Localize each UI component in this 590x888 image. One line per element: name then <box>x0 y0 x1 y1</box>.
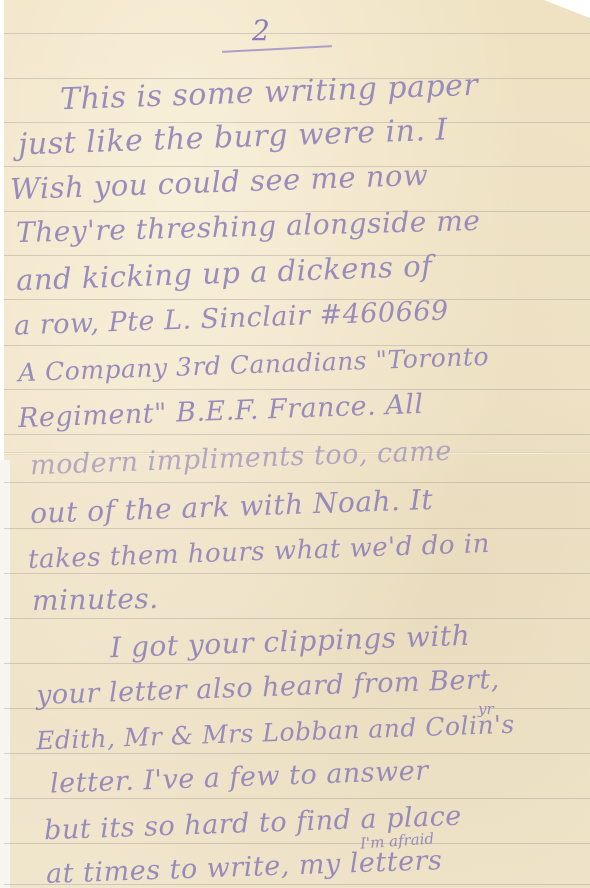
ruled-line <box>4 33 590 34</box>
ruled-line <box>4 528 590 529</box>
ruled-line <box>4 663 590 664</box>
ruled-line <box>4 345 590 346</box>
letter-line: minutes. <box>32 582 159 617</box>
interlinear-note: yr <box>478 700 494 718</box>
scan-margin <box>0 460 10 888</box>
ruled-line <box>4 573 590 574</box>
ruled-line <box>4 482 590 483</box>
ruled-line <box>4 389 590 390</box>
ruled-line <box>4 434 590 435</box>
ruled-line <box>4 618 590 619</box>
page-number: 2 <box>252 14 270 47</box>
